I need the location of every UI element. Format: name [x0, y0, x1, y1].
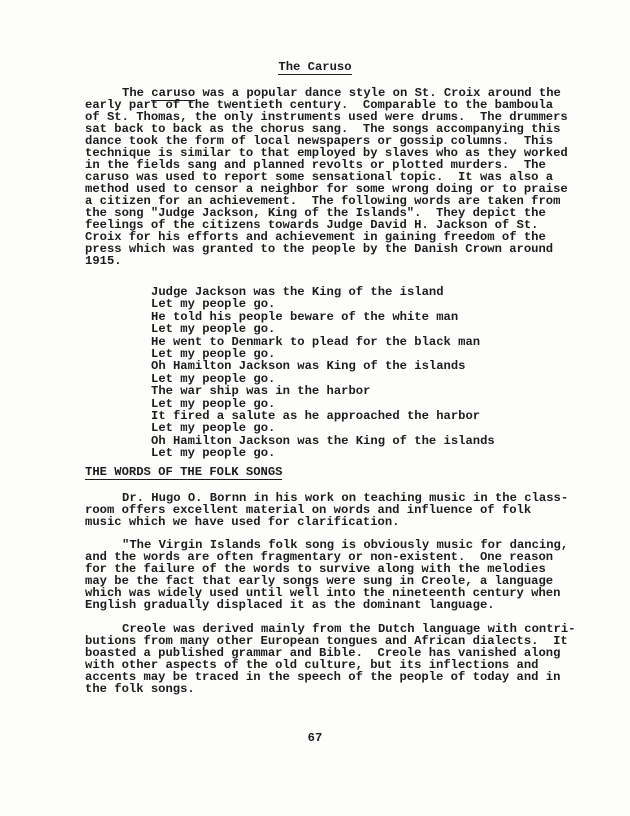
text-line: the folk songs.: [85, 683, 575, 695]
document-page: The Caruso The caruso was a popular danc…: [0, 0, 630, 816]
paragraph-lines: and the words are often fragmentary or n…: [85, 551, 568, 611]
text-line: Let my people go.: [151, 422, 495, 434]
text-line: Let my people go.: [151, 298, 495, 310]
text-line: music which we have used for clarificati…: [85, 516, 568, 528]
paragraph-bornn: Dr. Hugo O. Bornn in his work on teachin…: [85, 492, 568, 528]
paragraph-caruso-intro: The caruso was a popular dance style on …: [85, 87, 568, 267]
section-heading-text: THE WORDS OF THE FOLK SONGS: [85, 465, 282, 480]
text-line: Let my people go.: [151, 447, 495, 459]
text-line: Let my people go.: [151, 323, 495, 335]
page-title: The Caruso: [0, 61, 630, 73]
text-line: 1915.: [85, 255, 568, 267]
text-line: press which was granted to the people by…: [85, 243, 568, 255]
paragraph-virgin-islands-folk-song: "The Virgin Islands folk song is obvious…: [85, 539, 568, 611]
text-line: English gradually displaced it as the do…: [85, 599, 568, 611]
paragraph-lines: butions from many other European tongues…: [85, 635, 575, 695]
paragraph-lines: room offers excellent material on words …: [85, 504, 568, 528]
page-number: 67: [0, 732, 630, 744]
section-heading: THE WORDS OF THE FOLK SONGS: [85, 466, 282, 478]
song-lyrics-judge-jackson: Judge Jackson was the King of the island…: [151, 286, 495, 460]
text-line: Oh Hamilton Jackson was King of the isla…: [151, 360, 495, 372]
paragraph-creole: Creole was derived mainly from the Dutch…: [85, 623, 575, 695]
paragraph-lines: early part of the twentieth century. Com…: [85, 99, 568, 267]
page-title-text: The Caruso: [278, 60, 351, 75]
text-line: The war ship was in the harbor: [151, 385, 495, 397]
